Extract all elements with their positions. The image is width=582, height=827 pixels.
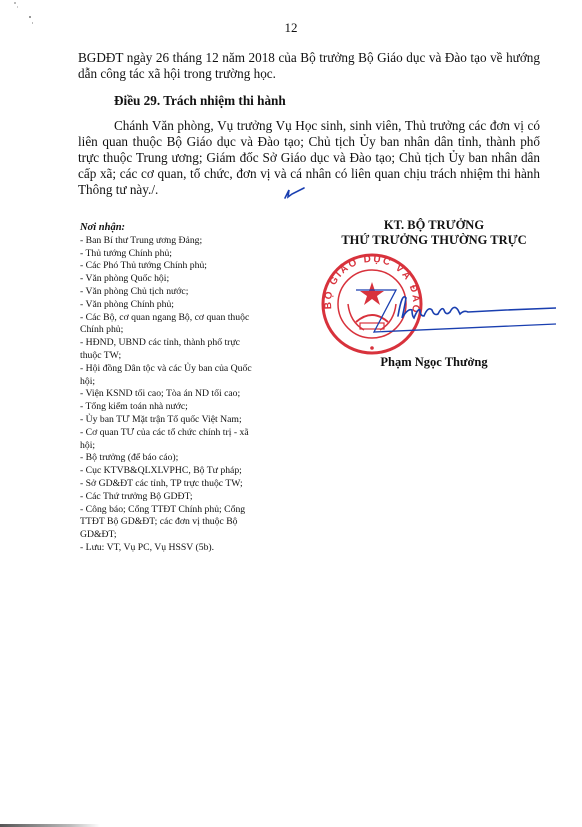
initial-mark-icon <box>282 186 306 200</box>
paragraph-continuation: BGDĐT ngày 26 tháng 12 năm 2018 của Bộ t… <box>78 50 540 82</box>
handwritten-signature-icon <box>356 280 556 340</box>
recipients-list: Nơi nhận: - Ban Bí thư Trung ương Đảng;-… <box>80 222 252 555</box>
recipient-item: - Sở GD&ĐT các tỉnh, TP trực thuộc TW; <box>80 478 252 491</box>
recipient-item: - Cục KTVB&QLXLVPHC, Bộ Tư pháp; <box>80 465 252 478</box>
recipient-item: - Ủy ban TƯ Mặt trận Tổ quốc Việt Nam; <box>80 414 252 427</box>
signature-title-line-2: THỨ TRƯỞNG THƯỜNG TRỰC <box>318 233 550 248</box>
recipient-item: - Hội đồng Dân tộc và các Ủy ban của Quố… <box>80 363 252 389</box>
recipient-item: - Lưu: VT, Vụ PC, Vụ HSSV (5b). <box>80 542 252 555</box>
recipient-item: - Cơ quan TƯ của các tổ chức chính trị -… <box>80 427 252 453</box>
article-heading: Điều 29. Trách nhiệm thi hành <box>114 93 286 109</box>
recipient-item: - Ban Bí thư Trung ương Đảng; <box>80 235 252 248</box>
recipients-title: Nơi nhận: <box>80 222 252 235</box>
signature-title-line-1: KT. BỘ TRƯỞNG <box>318 218 550 233</box>
recipient-item: - Thủ tướng Chính phủ; <box>80 248 252 261</box>
recipient-item: - Các Bộ, cơ quan ngang Bộ, cơ quan thuộ… <box>80 312 252 338</box>
paragraph-responsibility: Chánh Văn phòng, Vụ trưởng Vụ Học sinh, … <box>78 118 540 198</box>
signature-block-header: KT. BỘ TRƯỞNG THỨ TRƯỞNG THƯỜNG TRỰC <box>318 218 550 248</box>
recipient-item: - Bộ trưởng (để báo cáo); <box>80 452 252 465</box>
recipient-item: - HĐND, UBND các tỉnh, thành phố trực th… <box>80 337 252 363</box>
signer-name: Phạm Ngọc Thưởng <box>318 355 550 370</box>
recipient-item: - Các Phó Thủ tướng Chính phủ; <box>80 260 252 273</box>
recipient-item: - Văn phòng Chính phủ; <box>80 299 252 312</box>
recipient-item: - Văn phòng Quốc hội; <box>80 273 252 286</box>
recipient-item: - Tổng kiểm toán nhà nước; <box>80 401 252 414</box>
page-number: 12 <box>0 20 582 36</box>
recipient-item: - Viện KSND tối cao; Tòa án ND tối cao; <box>80 388 252 401</box>
recipient-item: - Công báo; Cổng TTĐT Chính phủ; Cổng TT… <box>80 504 252 542</box>
recipient-item: - Văn phòng Chủ tịch nước; <box>80 286 252 299</box>
recipient-item: - Các Thứ trưởng Bộ GDĐT; <box>80 491 252 504</box>
